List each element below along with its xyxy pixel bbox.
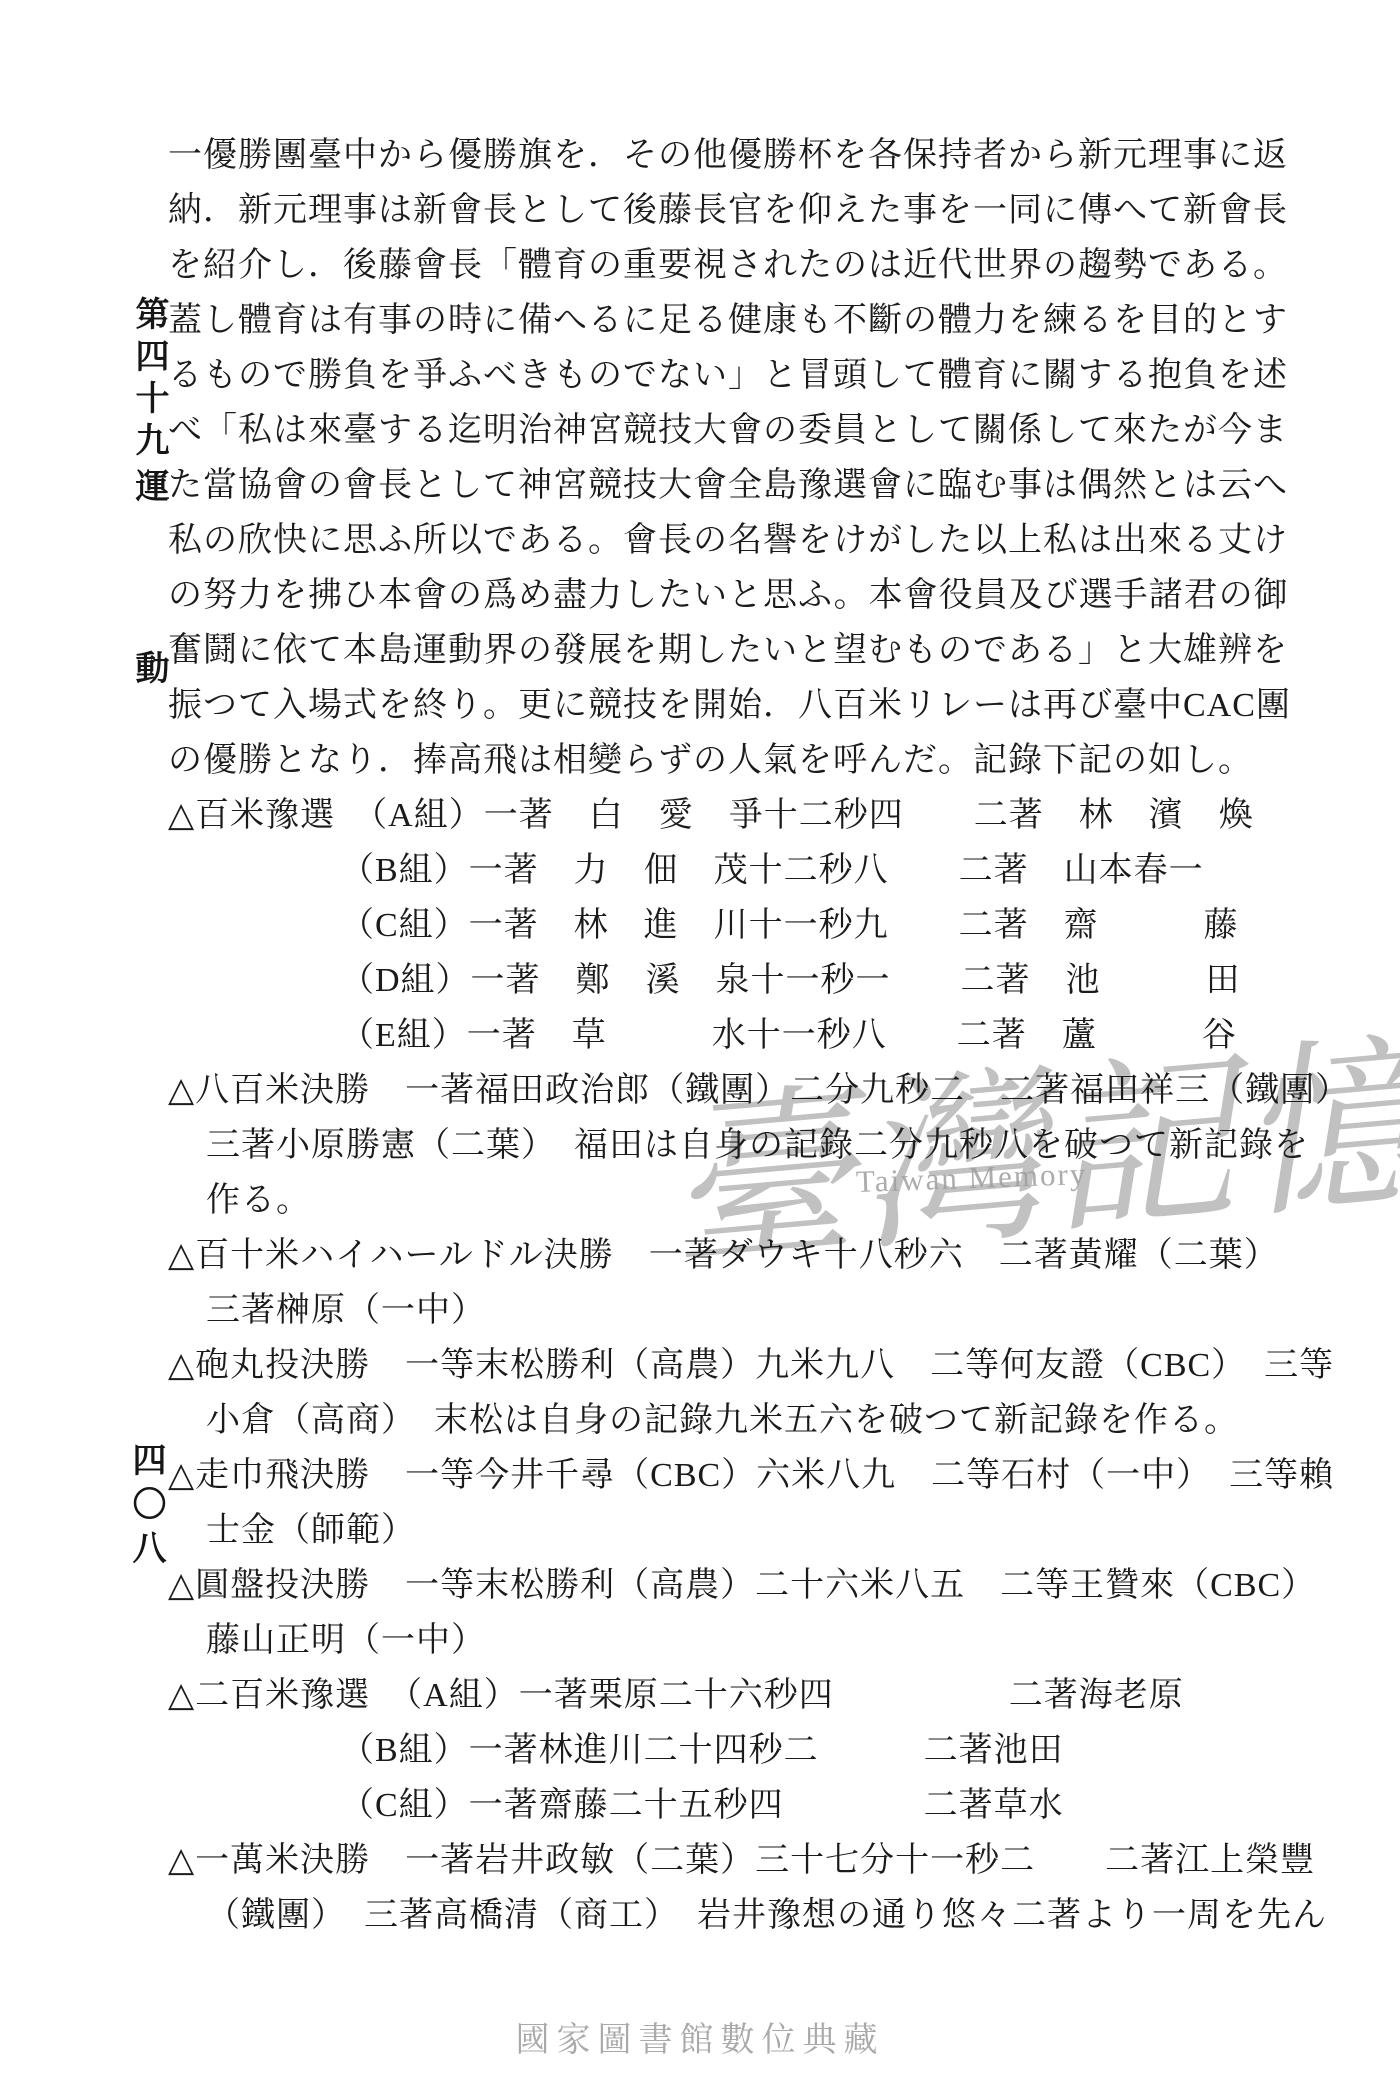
margin-unit-char-2: 動 [124,650,173,692]
paragraph-line: 一優勝團臺中から優勝旗を．その他優勝杯を各保持者から新元理事に返 [168,128,1278,183]
record-line: △百十米ハイハールドル決勝 一著ダウキ十八秒六 二著黃耀（二葉） [168,1228,1278,1283]
record-line: 藤山正明（一中） [168,1613,1278,1668]
paragraph-line: 納．新元理事は新會長として後藤長官を仰えた事を一同に傳へて新會長 [168,183,1278,238]
record-line: （D組）一著 鄭 溪 泉十一秒一 二著 池 田 [168,953,1278,1008]
record-line: △八百米決勝 一著福田政治郎（鐵團）二分九秒二 二著福田祥三（鐵團） [168,1063,1278,1118]
record-line: 小倉（高商） 末松は自身の記錄九米五六を破つて新記錄を作る。 [168,1393,1278,1448]
margin-chapter-label: 第四十九 [124,296,173,464]
record-line: 三著榊原（一中） [168,1283,1278,1338]
paragraph-line: 振つて入場式を終り。更に競技を開始．八百米リレーは再び臺中CAC團 [168,678,1278,733]
body-text: 一優勝團臺中から優勝旗を．その他優勝杯を各保持者から新元理事に返 納．新元理事は… [168,128,1278,1943]
record-line: 士金（師範） [168,1503,1278,1558]
record-line: （鐵團） 三著高橋清（商工） 岩井豫想の通り悠々二著より一周を先ん [168,1888,1278,1943]
record-line: （B組）一著林進川二十四秒二 二著池田 [168,1723,1278,1778]
paragraph-line: を紹介し．後藤會長「體育の重要視されたのは近代世界の趨勢である。 [168,238,1278,293]
record-line: （C組）一著齋藤二十五秒四 二著草水 [168,1778,1278,1833]
page-number: 四〇八 [121,1442,170,1574]
paragraph-line: の優勝となり．捧高飛は相變らずの人氣を呼んだ。記錄下記の如し。 [168,733,1278,788]
paragraph-line: べ「私は來臺する迄明治神宮競技大會の委員として關係して來たが今ま [168,403,1278,458]
record-line: △走巾飛決勝 一等今井千尋（CBC）六米八九 二等石村（一中） 三等賴 [168,1448,1278,1503]
paragraph-line: 私の欣快に思ふ所以である。會長の名譽をけがした以上私は出來る丈け [168,513,1278,568]
record-line: （C組）一著 林 進 川十一秒九 二著 齋 藤 [168,898,1278,953]
margin-unit-char-1: 運 [124,468,173,510]
record-line: 三著小原勝憲（二葉） 福田は自身の記錄二分九秒八を破つて新記錄を [168,1118,1278,1173]
record-line: △一萬米決勝 一著岩井政敏（二葉）三十七分十一秒二 二著江上榮豐 [168,1833,1278,1888]
record-line: △圓盤投決勝 一等末松勝利（高農）二十六米八五 二等王贊來（CBC） [168,1558,1278,1613]
record-line: （E組）一著 草 水十一秒八 二著 蘆 谷 [168,1008,1278,1063]
paragraph-line: 蓋し體育は有事の時に備へるに足る健康も不斷の體力を練るを目的とす [168,293,1278,348]
record-line: △二百米豫選 （A組）一著栗原二十六秒四 二著海老原 [168,1668,1278,1723]
paragraph-line: た當協會の會長として神宮競技大會全島豫選會に臨む事は偶然とは云へ [168,458,1278,513]
paragraph-line: るもので勝負を爭ふべきものでない」と冒頭して體育に關する抱負を述 [168,348,1278,403]
record-line: △百米豫選 （A組）一著 白 愛 爭十二秒四 二著 林 濱 煥 [168,788,1278,843]
scanned-page: 第四十九 運 動 四〇八 臺灣記憶 Taiwan Memory 一優勝團臺中から… [0,0,1400,2100]
paragraph-line: 奮鬪に依て本島運動界の發展を期したいと望むものである」と大雄辨を [168,623,1278,678]
record-line: （B組）一著 力 佃 茂十二秒八 二著 山本春一 [168,843,1278,898]
record-line: △砲丸投決勝 一等末松勝利（高農）九米九八 二等何友證（CBC） 三等 [168,1338,1278,1393]
library-watermark: 國家圖書館數位典藏 [0,2012,1400,2061]
record-line: 作る。 [168,1173,1278,1228]
paragraph-line: の努力を拂ひ本會の爲め盡力したいと思ふ。本會役員及び選手諸君の御 [168,568,1278,623]
